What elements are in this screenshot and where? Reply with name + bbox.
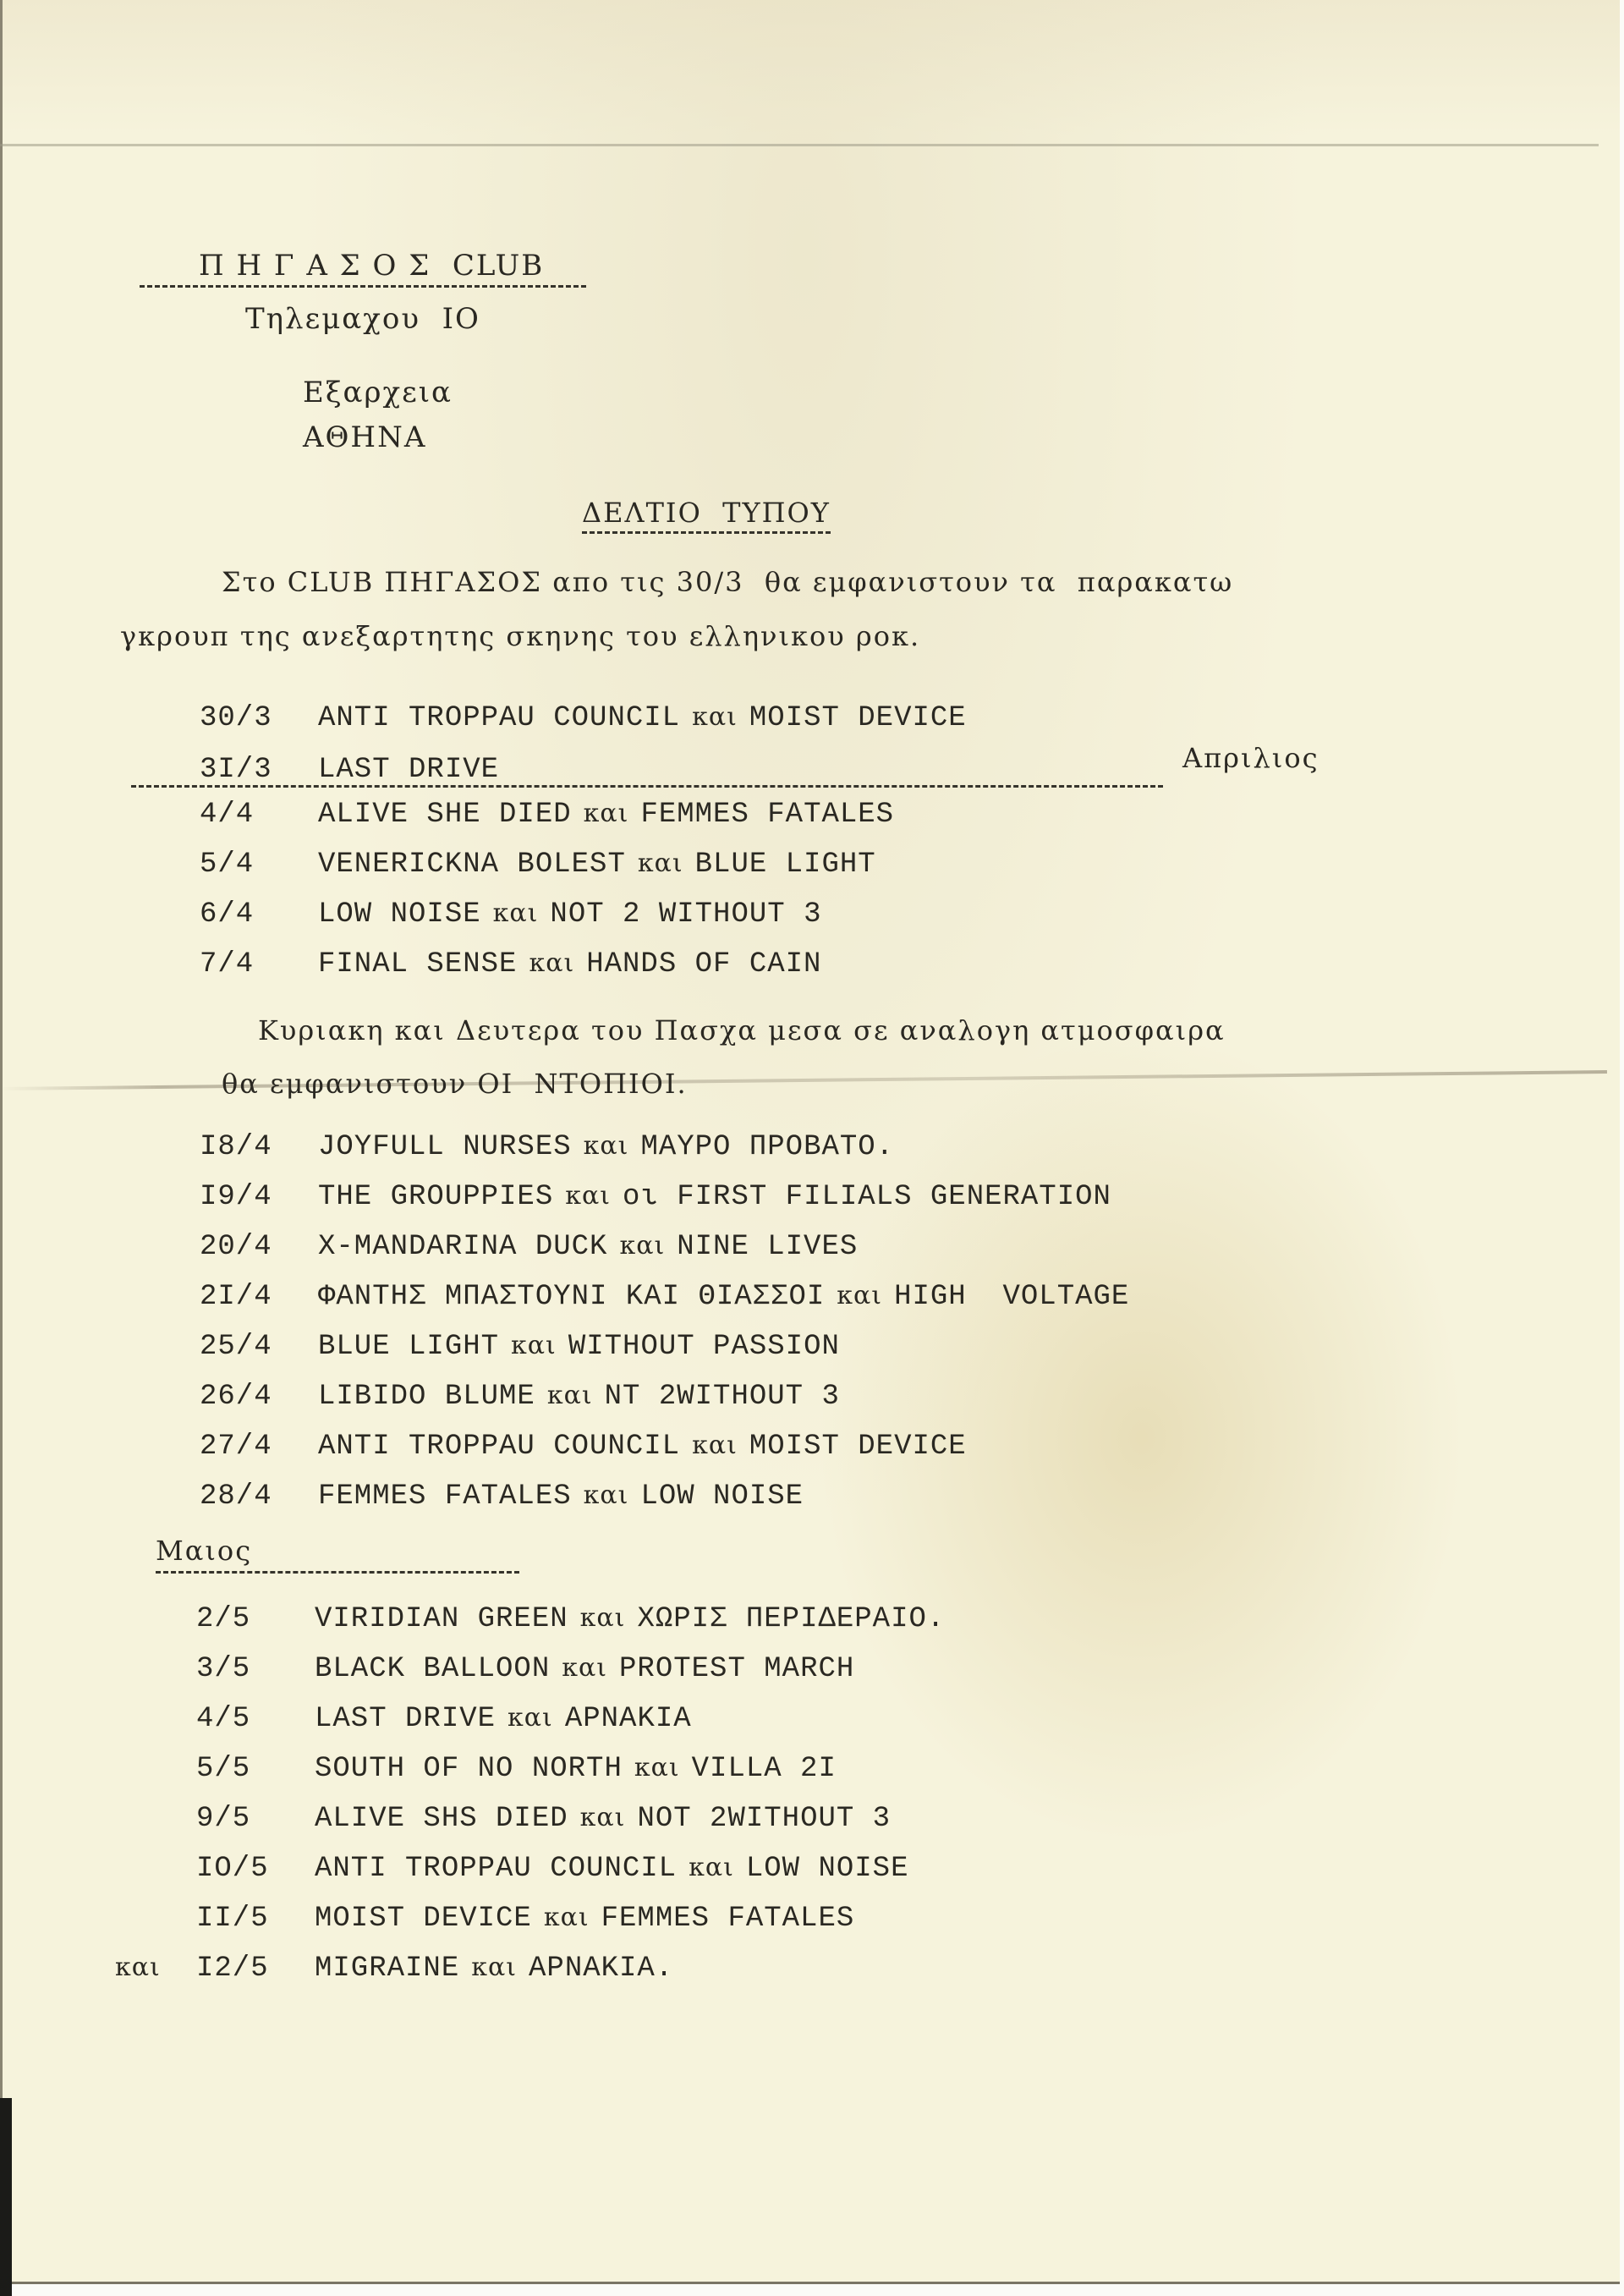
easter-note-line-2: θα εμφανιστουν ΟΙ ΝΤΟΠΙΟΙ. — [222, 1070, 688, 1097]
conjunction: και — [544, 1903, 590, 1932]
conjunction: και — [584, 799, 629, 828]
band-name: X-MANDARINA DUCK — [318, 1231, 607, 1263]
schedule-row: IO/5ANTI TROPPAU COUNCILκαιLOW NOISE — [196, 1853, 909, 1885]
band-name: LOW NOISE — [318, 898, 481, 931]
schedule-row: 6/4LOW NOISEκαιNOT 2 WITHOUT 3 — [200, 898, 821, 931]
event-date: 2/5 — [196, 1603, 315, 1635]
schedule-row: 3/5BLACK BALLOONκαιPROTEST MARCH — [196, 1653, 854, 1685]
band-name: LIBIDO BLUME — [318, 1381, 535, 1413]
intro-line-2: γκρουπ της ανεξαρτητης σκηνης του ελληνι… — [120, 623, 920, 650]
schedule-row: 26/4LIBIDO BLUMEκαιNT 2WITHOUT 3 — [200, 1381, 840, 1413]
intro-line-1: Στο CLUB ΠΗΓΑΣΟΣ απο τις 30/3 θα εμφανισ… — [222, 569, 1233, 596]
scan-background-edge — [0, 2098, 12, 2296]
event-date: 5/5 — [196, 1753, 315, 1785]
schedule-row: I8/4JOYFULL NURSESκαιΜΑΥΡΟ ΠΡΟΒΑΤΟ. — [200, 1131, 894, 1163]
band-name: ALIVE SHE DIED — [318, 799, 572, 831]
conjunction: και — [471, 1953, 517, 1982]
schedule-row: 30/3ANTI TROPPAU COUNCILκαιMOIST DEVICE — [200, 702, 967, 734]
schedule-row: 27/4ANTI TROPPAU COUNCILκαιMOIST DEVICE — [200, 1431, 967, 1463]
event-date: 28/4 — [200, 1480, 318, 1513]
conjunction: και — [562, 1653, 607, 1683]
band-name: MIGRAINE — [315, 1953, 459, 1985]
event-date: I8/4 — [200, 1131, 318, 1163]
conjunction: και — [529, 948, 574, 978]
band-name: APNAKIA. — [529, 1953, 673, 1985]
may-label: Μαιος — [156, 1537, 252, 1564]
event-date: IO/5 — [196, 1853, 315, 1885]
prefix-conjunction: και — [115, 1953, 161, 1982]
event-date: II/5 — [196, 1903, 315, 1935]
conjunction: και — [638, 849, 683, 878]
address-city: ΑΘΗΝΑ — [303, 423, 426, 452]
schedule-row: 5/5SOUTH OF NO NORTHκαιVILLA 2I — [196, 1753, 837, 1785]
band-name: VENERICKNA BOLEST — [318, 849, 626, 881]
band-name: LOW NOISE — [746, 1853, 909, 1885]
event-date: I2/5 — [196, 1953, 315, 1985]
conjunction: και — [580, 1603, 626, 1633]
april-label: Απριλιος — [1182, 744, 1319, 772]
conjunction: και — [511, 1331, 557, 1360]
band-name: FEMMES FATALES — [640, 799, 894, 831]
schedule-row: 2I/4ΦΑΝΤΗΣ ΜΠΑΣΤΟΥΝΙ ΚΑΙ ΘΙΑΣΣΟΙκαιHIGH … — [200, 1281, 1129, 1313]
band-name: ΧΩΡΙΣ ΠΕΡΙΔΕΡΑΙΟ. — [637, 1603, 945, 1635]
conjunction: και — [692, 1431, 738, 1460]
band-name: JOYFULL NURSES — [318, 1131, 572, 1163]
event-date: 6/4 — [200, 898, 318, 931]
band-name: HANDS OF CAIN — [586, 948, 821, 980]
band-name: MOIST DEVICE — [749, 702, 967, 734]
conjunction: και — [689, 1853, 734, 1882]
schedule-row: 25/4BLUE LIGHTκαιWITHOUT PASSION — [200, 1331, 840, 1363]
conjunction: και — [584, 1131, 629, 1161]
band-name: ALIVE SHS DIED — [315, 1803, 568, 1835]
band-name: MOIST DEVICE — [749, 1431, 967, 1463]
schedule-row: 9/5ALIVE SHS DIEDκαιNOT 2WITHOUT 3 — [196, 1803, 891, 1835]
band-name: οι FIRST FILIALS GENERATION — [623, 1181, 1111, 1213]
event-date: 7/4 — [200, 948, 318, 980]
conjunction: και — [837, 1281, 882, 1310]
conjunction: και — [547, 1381, 593, 1410]
band-name: THE GROUPPIES — [318, 1181, 553, 1213]
band-name: VIRIDIAN GREEN — [315, 1603, 568, 1635]
band-name: FINAL SENSE — [318, 948, 517, 980]
schedule-row: 4/5LAST DRIVEκαιAPNAKIA — [196, 1703, 692, 1735]
band-name: NINE LIVES — [677, 1231, 858, 1263]
band-name: BLACK BALLOON — [315, 1653, 550, 1685]
band-name: LAST DRIVE — [315, 1703, 496, 1735]
band-name: SOUTH OF NO NORTH — [315, 1753, 623, 1785]
event-date: 4/4 — [200, 799, 318, 831]
band-name: VILLA 2I — [692, 1753, 837, 1785]
band-name: FEMMES FATALES — [318, 1480, 572, 1513]
event-date: 27/4 — [200, 1431, 318, 1463]
band-name: LOW NOISE — [640, 1480, 804, 1513]
conjunction: και — [565, 1181, 611, 1211]
band-name: APNAKIA — [565, 1703, 692, 1735]
event-date: 4/5 — [196, 1703, 315, 1735]
band-name: PROTEST MARCH — [619, 1653, 854, 1685]
easter-note-line-1: Κυριακη και Δευτερα του Πασχα μεσα σε αν… — [258, 1017, 1226, 1044]
band-name: LAST DRIVE — [318, 754, 499, 786]
event-date: 26/4 — [200, 1381, 318, 1413]
event-date: I9/4 — [200, 1181, 318, 1213]
band-name: ΜΑΥΡΟ ΠΡΟΒΑΤΟ. — [640, 1131, 894, 1163]
schedule-row: I9/4THE GROUPPIESκαιοι FIRST FILIALS GEN… — [200, 1181, 1111, 1213]
event-date: 9/5 — [196, 1803, 315, 1835]
band-name: ANTI TROPPAU COUNCIL — [315, 1853, 677, 1885]
event-date: 2I/4 — [200, 1281, 318, 1313]
conjunction: και — [493, 898, 539, 928]
schedule-row: 5/4VENERICKNA BOLESTκαιBLUE LIGHT — [200, 849, 876, 881]
march-divider-line — [131, 785, 1163, 788]
band-name: NOT 2WITHOUT 3 — [637, 1803, 891, 1835]
address-district: Εξαρχεια — [303, 378, 453, 407]
conjunction: και — [692, 702, 738, 732]
conjunction: και — [584, 1480, 629, 1510]
schedule-row: II/5MOIST DEVICEκαιFEMMES FATALES — [196, 1903, 854, 1935]
band-name: MOIST DEVICE — [315, 1903, 532, 1935]
address-street: Τηλεμαχου IO — [245, 305, 480, 333]
schedule-row: 3I/3LAST DRIVE — [200, 754, 499, 786]
schedule-row: 7/4FINAL SENSEκαιHANDS OF CAIN — [200, 948, 821, 980]
schedule-row: 28/4FEMMES FATALESκαιLOW NOISE — [200, 1480, 804, 1513]
schedule-row: καιI2/5MIGRAINEκαιAPNAKIA. — [196, 1953, 673, 1985]
band-name: ANTI TROPPAU COUNCIL — [318, 702, 680, 734]
event-date: 25/4 — [200, 1331, 318, 1363]
document-title: ΔΕΛΤΙΟ ΤΥΠΟΥ — [582, 499, 831, 534]
band-name: FEMMES FATALES — [601, 1903, 855, 1935]
schedule-row: 4/4ALIVE SHE DIEDκαιFEMMES FATALES — [200, 799, 894, 831]
event-date: 3I/3 — [200, 754, 318, 786]
club-name-heading: Π Η Γ Α Σ Ο Σ CLUB — [140, 251, 586, 288]
event-date: 20/4 — [200, 1231, 318, 1263]
schedule-row: 2/5VIRIDIAN GREENκαιΧΩΡΙΣ ΠΕΡΙΔΕΡΑΙΟ. — [196, 1603, 945, 1635]
may-divider-line — [156, 1571, 519, 1574]
band-name: BLUE LIGHT — [318, 1331, 499, 1363]
conjunction: και — [619, 1231, 665, 1261]
conjunction: και — [580, 1803, 626, 1832]
band-name: HIGH VOLTAGE — [894, 1281, 1129, 1313]
event-date: 5/4 — [200, 849, 318, 881]
conjunction: και — [634, 1753, 680, 1782]
paper-top-edge — [0, 144, 1599, 146]
band-name: BLUE LIGHT — [695, 849, 876, 881]
event-date: 3/5 — [196, 1653, 315, 1685]
band-name: ΦΑΝΤΗΣ ΜΠΑΣΤΟΥΝΙ ΚΑΙ ΘΙΑΣΣΟΙ — [318, 1281, 825, 1313]
band-name: ANTI TROPPAU COUNCIL — [318, 1431, 680, 1463]
band-name: WITHOUT PASSION — [568, 1331, 840, 1363]
schedule-row: 20/4X-MANDARINA DUCKκαιNINE LIVES — [200, 1231, 858, 1263]
conjunction: και — [507, 1703, 553, 1733]
band-name: NT 2WITHOUT 3 — [605, 1381, 840, 1413]
band-name: NOT 2 WITHOUT 3 — [550, 898, 821, 931]
event-date: 30/3 — [200, 702, 318, 734]
